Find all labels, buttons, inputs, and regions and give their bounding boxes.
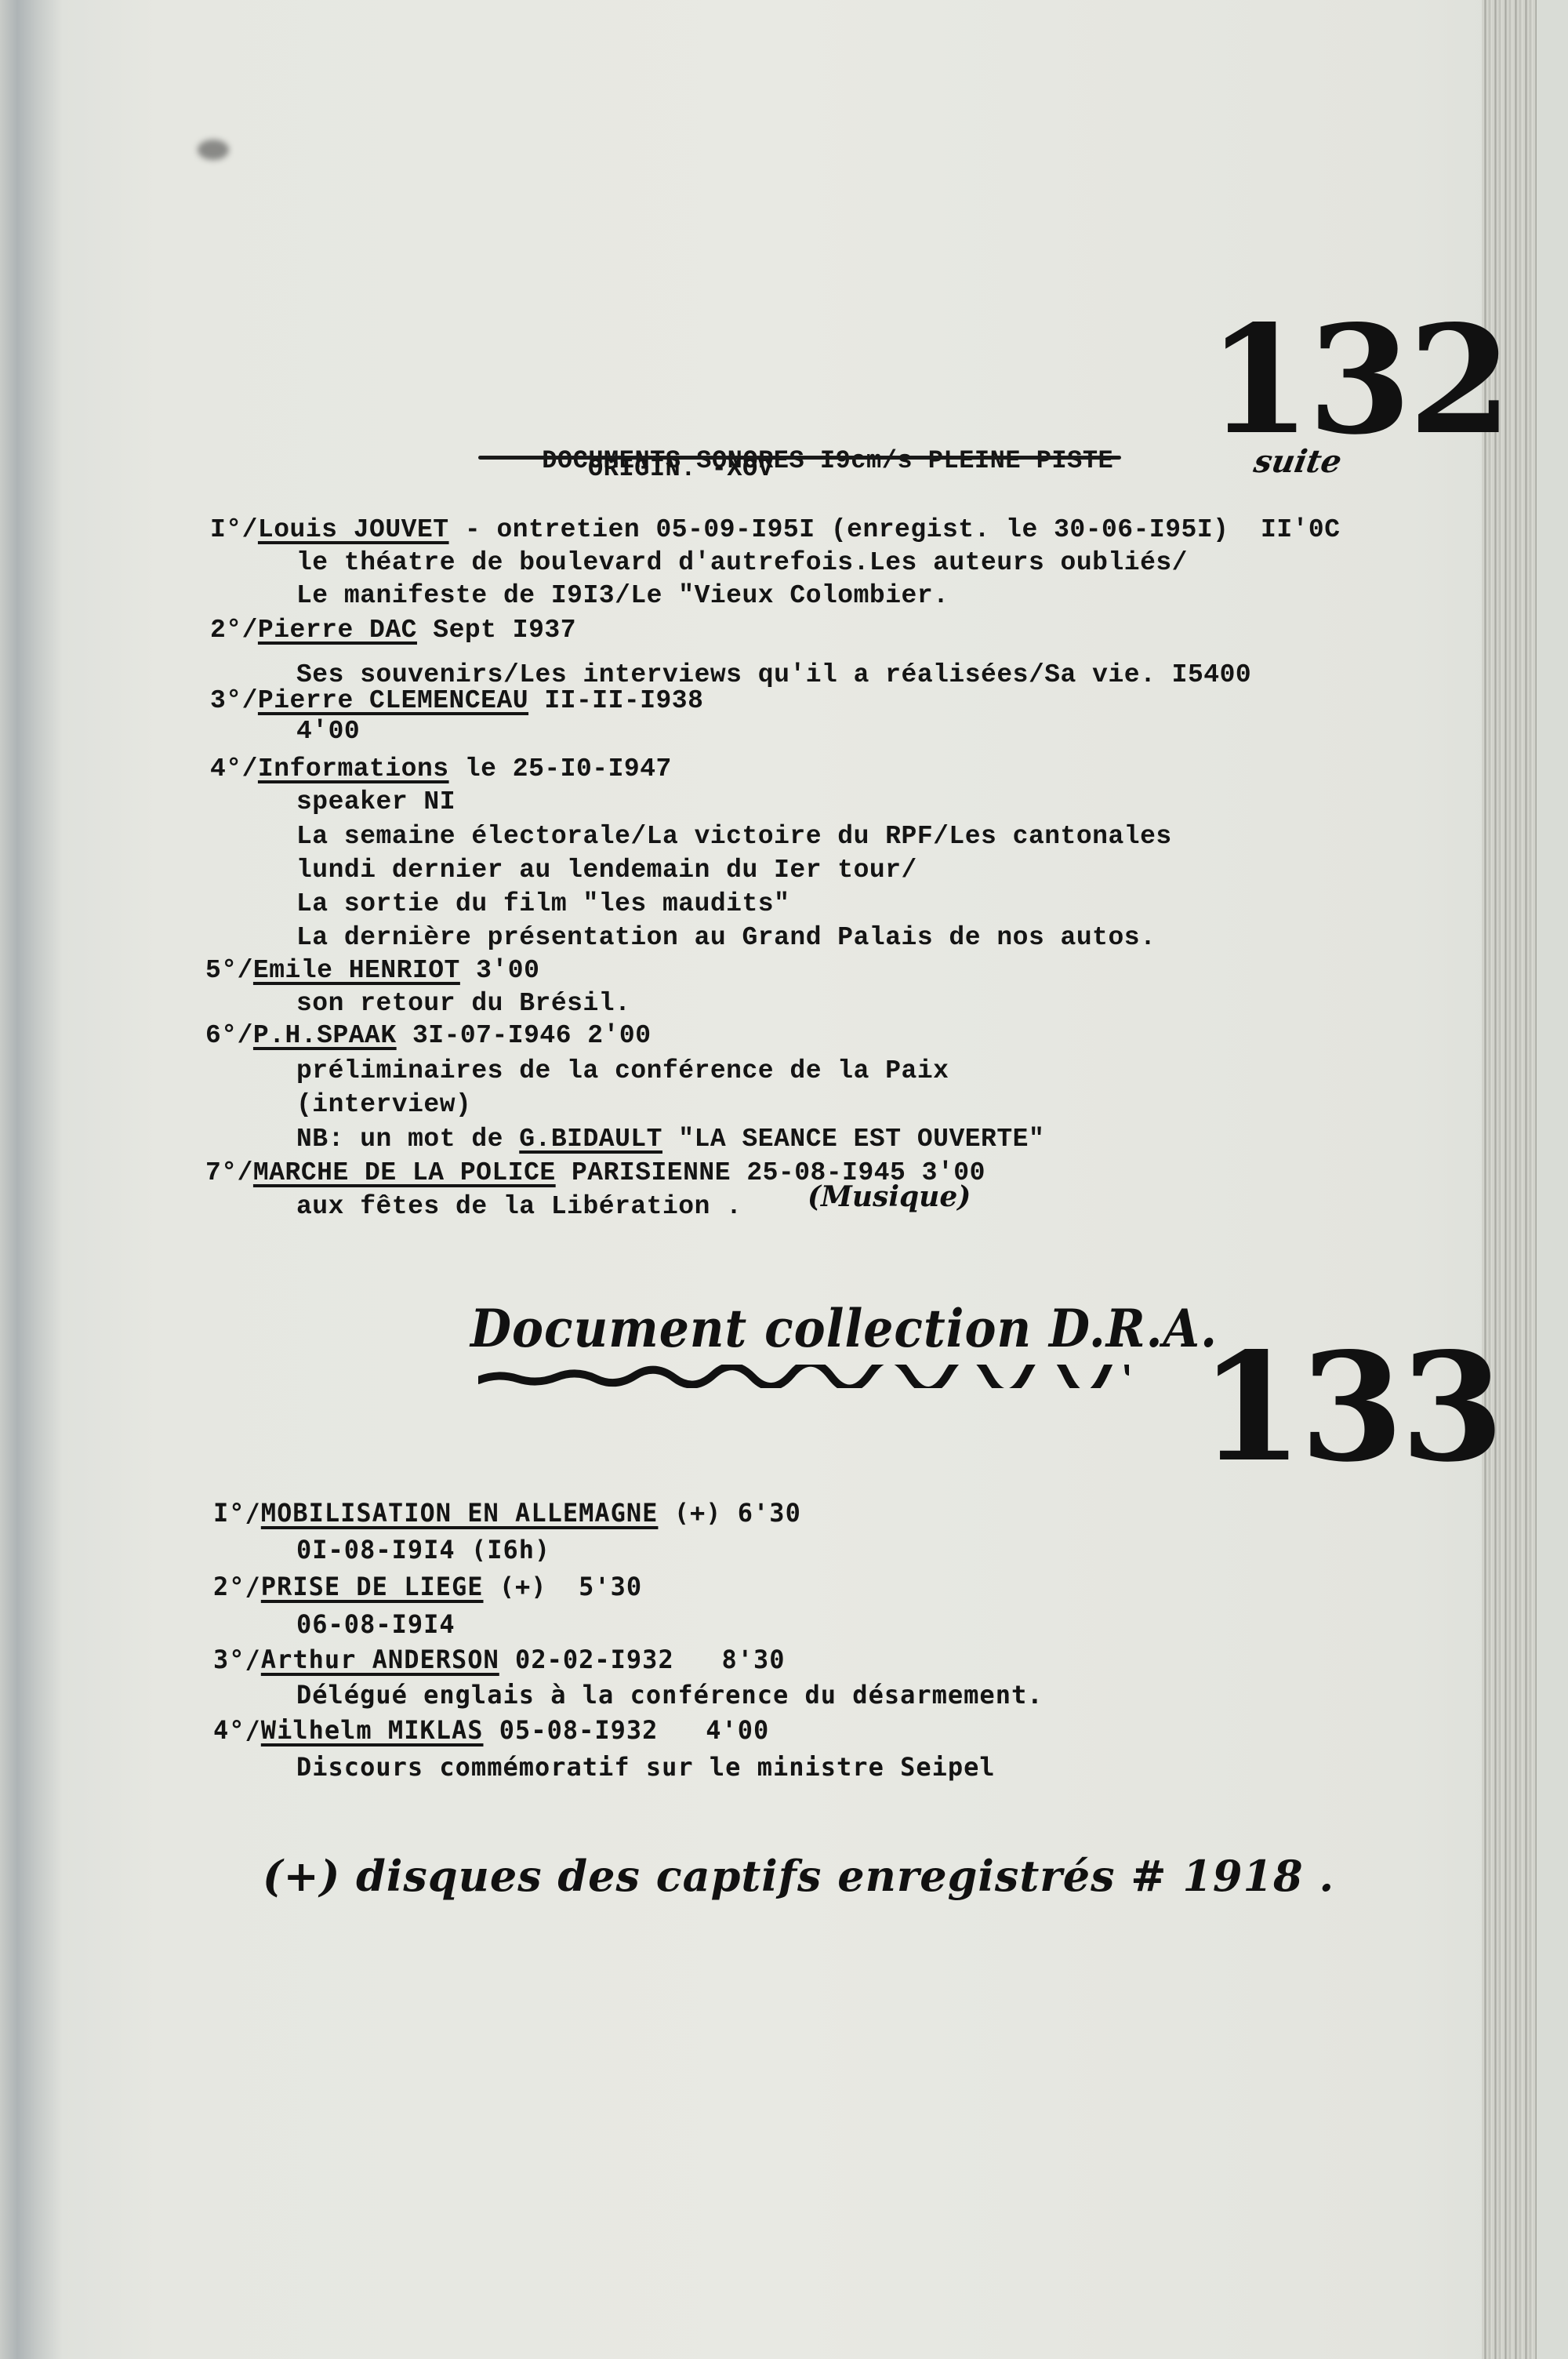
item-details: - ontretien 05-09-I95I (enregist. le 30-… xyxy=(449,515,1341,544)
item-number: 3°/ xyxy=(210,686,258,715)
item-number: 3°/ xyxy=(213,1645,261,1674)
page-stamp-number-bottom: 133 xyxy=(1200,1333,1501,1482)
item-description: son retour du Brésil. xyxy=(296,987,630,1020)
handwritten-musique-note: (Musique) xyxy=(808,1180,971,1213)
item-description: (interview) xyxy=(296,1089,471,1121)
item-description: aux fêtes de la Libération . xyxy=(296,1190,742,1223)
item-description: La sortie du film "les maudits" xyxy=(296,888,789,921)
handwritten-suite-note: suite xyxy=(1251,443,1345,480)
handwritten-footnote: (+) disques des captifs enregistrés # 19… xyxy=(263,1851,1334,1901)
item-details: 02-02-I932 8'30 xyxy=(499,1645,786,1674)
item-date: 06-08-I9I4 xyxy=(296,1608,456,1641)
item-title: Pierre DAC xyxy=(258,616,417,645)
item-number: 2°/ xyxy=(210,616,258,645)
document-page: DOCUMENTS SONORES I9cm/s PLEINE PISTE OR… xyxy=(0,0,1537,2359)
item-title: PRISE DE LIEGE xyxy=(261,1572,484,1601)
list-item: I°/Louis JOUVET - ontretien 05-09-I95I (… xyxy=(210,514,1341,547)
item-number: 2°/ xyxy=(213,1572,261,1601)
item-details: II-II-I938 xyxy=(528,686,703,715)
item-description: Le manifeste de I9I3/Le "Vieux Colombier… xyxy=(296,580,949,612)
item-title: Pierre CLEMENCEAU xyxy=(258,686,528,715)
nb-quote: "LA SEANCE EST OUVERTE" xyxy=(662,1125,1044,1154)
list-item: 5°/Emile HENRIOT 3'00 xyxy=(205,954,539,987)
list-item: 2°/PRISE DE LIEGE (+) 5'30 xyxy=(213,1570,642,1603)
item-details: 3'00 xyxy=(460,956,540,985)
item-number: I°/ xyxy=(213,1498,261,1528)
item-title: Wilhelm MIKLAS xyxy=(261,1715,484,1745)
item-number: I°/ xyxy=(210,515,258,544)
list-item: 6°/P.H.SPAAK 3I-07-I946 2'00 xyxy=(205,1020,652,1052)
header-line-2: ORIGIN. -XOV xyxy=(588,453,773,485)
list-item: 3°/Pierre CLEMENCEAU II-II-I938 xyxy=(210,685,703,718)
nb-note: NB: un mot de G.BIDAULT "LA SEANCE EST O… xyxy=(296,1123,1044,1156)
list-item: I°/MOBILISATION EN ALLEMAGNE (+) 6'30 xyxy=(213,1496,801,1529)
item-date: 0I-08-I9I4 (I6h) xyxy=(296,1533,550,1566)
item-details: 3I-07-I946 2'00 xyxy=(397,1021,652,1050)
item-description: La semaine électorale/La victoire du RPF… xyxy=(296,820,1172,853)
header-underline xyxy=(478,456,1121,460)
item-title: Arthur ANDERSON xyxy=(261,1645,499,1674)
item-title: Louis JOUVET xyxy=(258,515,449,544)
item-number: 4°/ xyxy=(210,754,258,783)
list-item: 3°/Arthur ANDERSON 02-02-I932 8'30 xyxy=(213,1643,786,1676)
item-details: (+) 6'30 xyxy=(658,1498,800,1528)
item-description: le théatre de boulevard d'autrefois.Les … xyxy=(296,547,1188,580)
wavy-underline xyxy=(478,1365,1129,1388)
list-item: 4°/Wilhelm MIKLAS 05-08-I932 4'00 xyxy=(213,1714,769,1747)
item-description: lundi dernier au lendemain du Ier tour/ xyxy=(296,854,917,887)
item-details: (+) 5'30 xyxy=(484,1572,643,1601)
list-item: 4°/Informations le 25-I0-I947 xyxy=(210,753,672,786)
item-description: préliminaires de la conférence de la Pai… xyxy=(296,1055,949,1088)
item-details: 05-08-I932 4'00 xyxy=(484,1715,770,1745)
item-number: 5°/ xyxy=(205,956,253,985)
page-stamp-number-top: 132 xyxy=(1207,306,1509,455)
item-description: La dernière présentation au Grand Palais… xyxy=(296,921,1156,954)
item-description: Délégué englais à la conférence du désar… xyxy=(296,1678,1043,1711)
item-title: MARCHE DE LA POLICE xyxy=(253,1158,556,1187)
item-number: 6°/ xyxy=(205,1021,253,1050)
item-title: P.H.SPAAK xyxy=(253,1021,397,1050)
nb-name: G.BIDAULT xyxy=(519,1125,662,1154)
item-title: Emile HENRIOT xyxy=(253,956,460,985)
ink-smudge xyxy=(198,140,229,160)
item-title: Informations xyxy=(258,754,449,783)
item-description: speaker NI xyxy=(296,786,456,819)
item-description: Discours commémoratif sur le ministre Se… xyxy=(296,1750,996,1783)
item-details: le 25-I0-I947 xyxy=(449,754,672,783)
nb-prefix: NB: un mot de xyxy=(296,1125,519,1154)
list-item: 2°/Pierre DAC Sept I937 xyxy=(210,614,576,647)
handwritten-section-heading: Document collection D.R.A. xyxy=(470,1299,1218,1360)
item-duration: 4'00 xyxy=(296,715,360,748)
item-title: MOBILISATION EN ALLEMAGNE xyxy=(261,1498,659,1528)
item-details: Sept I937 xyxy=(417,616,576,645)
item-number: 7°/ xyxy=(205,1158,253,1187)
item-number: 4°/ xyxy=(213,1715,261,1745)
